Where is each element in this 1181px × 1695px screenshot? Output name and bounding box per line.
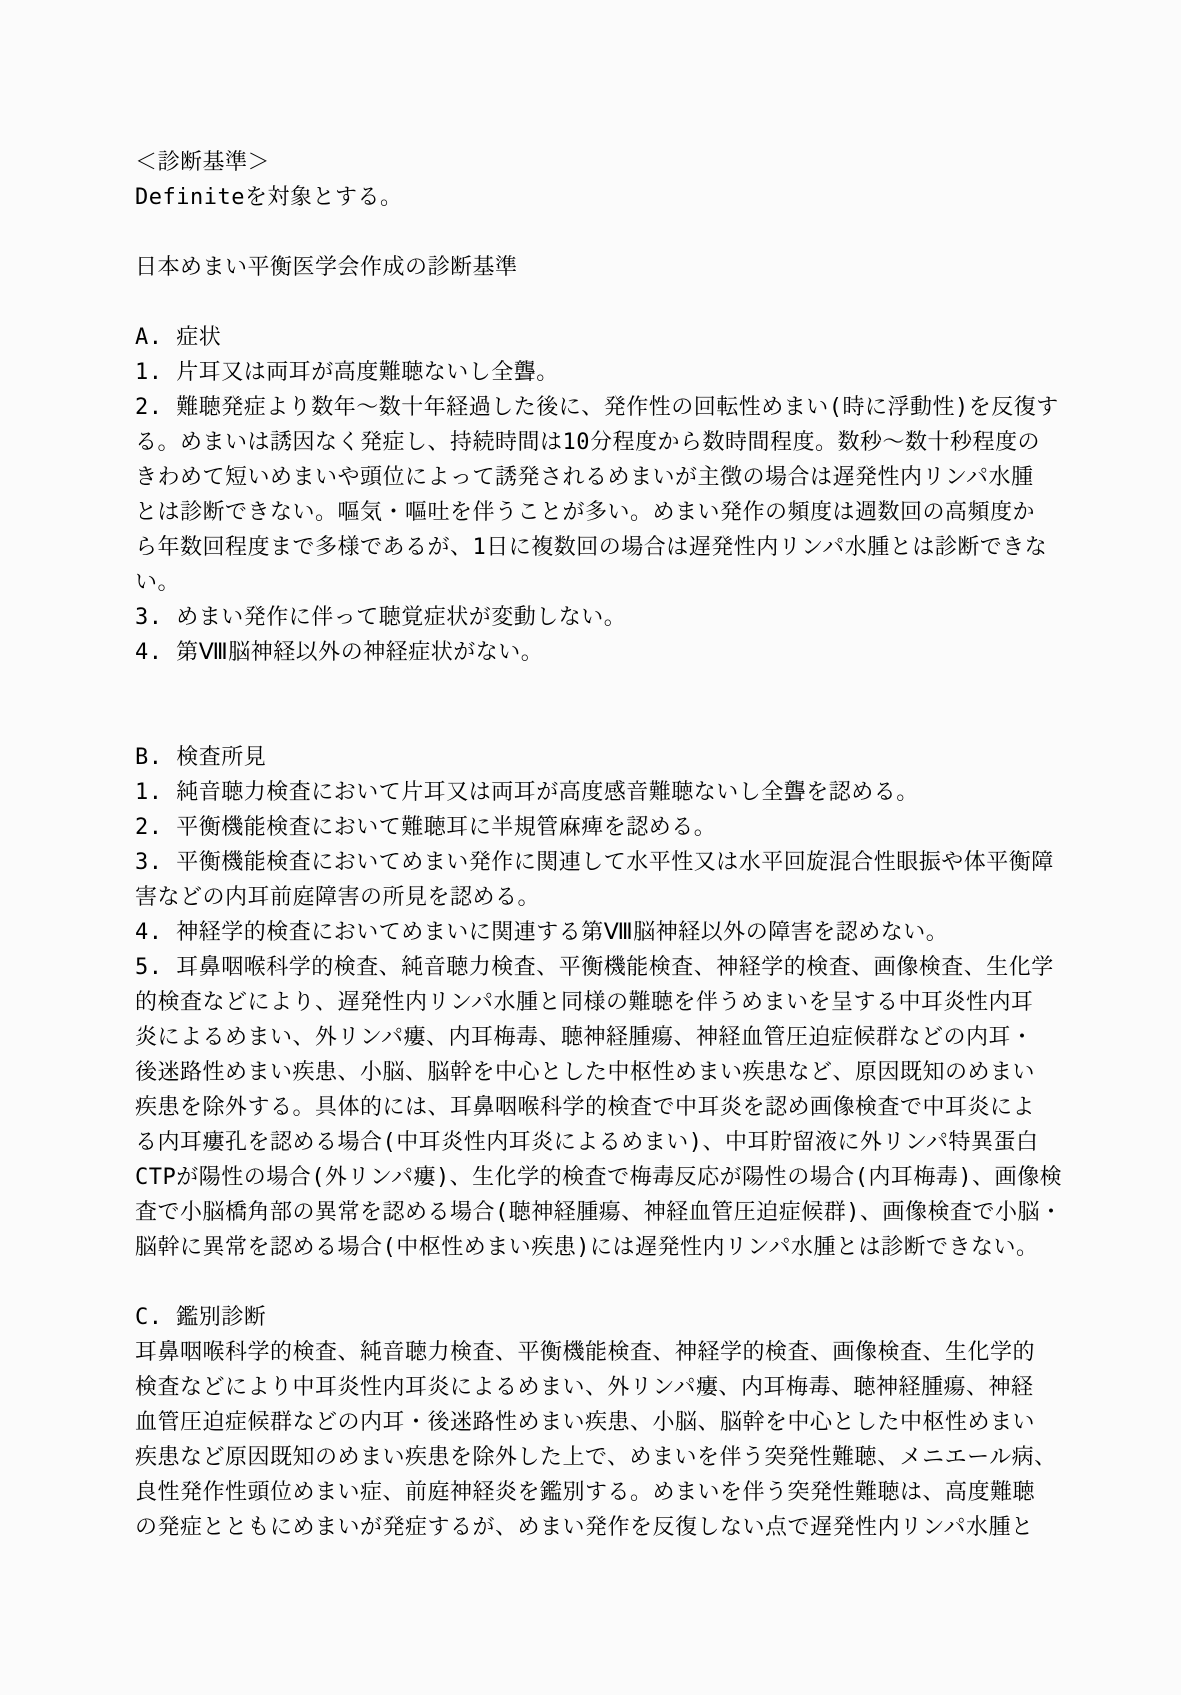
text-line: の発症とともにめまいが発症するが、めまい発作を反復しない点で遅発性内リンパ水腫と bbox=[135, 1510, 1061, 1545]
text-line: る。めまいは誘因なく発症し、持続時間は10分程度から数時間程度。数秒〜数十秒程度… bbox=[135, 425, 1061, 460]
text-line: る内耳瘻孔を認める場合(中耳炎性内耳炎によるめまい)、中耳貯留液に外リンパ特異蛋… bbox=[135, 1125, 1061, 1160]
document-subtitle: Definiteを対象とする。 bbox=[135, 180, 1061, 215]
text-line: 3. 平衡機能検査においてめまい発作に関連して水平性又は水平回旋混合性眼振や体平… bbox=[135, 845, 1061, 880]
text-line: 検査などにより中耳炎性内耳炎によるめまい、外リンパ瘻、内耳梅毒、聴神経腫瘍、神経 bbox=[135, 1370, 1061, 1405]
text-line: CTPが陽性の場合(外リンパ瘻)、生化学的検査で梅毒反応が陽性の場合(内耳梅毒)… bbox=[135, 1160, 1061, 1195]
section-b-body: 1. 純音聴力検査において片耳又は両耳が高度感音難聴ないし全聾を認める。2. 平… bbox=[135, 775, 1061, 1265]
text-line: とは診断できない。嘔気・嘔吐を伴うことが多い。めまい発作の頻度は週数回の高頻度か bbox=[135, 495, 1061, 530]
text-line: 5. 耳鼻咽喉科学的検査、純音聴力検査、平衡機能検査、神経学的検査、画像検査、生… bbox=[135, 950, 1061, 985]
section-a-symptoms: A. 症状 1. 片耳又は両耳が高度難聴ないし全聾。2. 難聴発症より数年〜数十… bbox=[135, 320, 1061, 670]
document-title: ＜診断基準＞ bbox=[135, 145, 1061, 180]
text-line: 2. 難聴発症より数年〜数十年経過した後に、発作性の回転性めまい(時に浮動性)を… bbox=[135, 390, 1061, 425]
text-line: 良性発作性頭位めまい症、前庭神経炎を鑑別する。めまいを伴う突発性難聴は、高度難聴 bbox=[135, 1475, 1061, 1510]
text-line: 疾患を除外する。具体的には、耳鼻咽喉科学的検査で中耳炎を認め画像検査で中耳炎によ bbox=[135, 1090, 1061, 1125]
text-line: 4. 第Ⅷ脳神経以外の神経症状がない。 bbox=[135, 635, 1061, 670]
text-line: 脳幹に異常を認める場合(中枢性めまい疾患)には遅発性内リンパ水腫とは診断できない… bbox=[135, 1230, 1061, 1265]
text-line: きわめて短いめまいや頭位によって誘発されるめまいが主徴の場合は遅発性内リンパ水腫 bbox=[135, 460, 1061, 495]
source-line: 日本めまい平衡医学会作成の診断基準 bbox=[135, 250, 1061, 285]
text-line: 炎によるめまい、外リンパ瘻、内耳梅毒、聴神経腫瘍、神経血管圧迫症候群などの内耳・ bbox=[135, 1020, 1061, 1055]
text-line: 後迷路性めまい疾患、小脳、脳幹を中心とした中枢性めまい疾患など、原因既知のめまい bbox=[135, 1055, 1061, 1090]
section-a-heading: A. 症状 bbox=[135, 320, 1061, 355]
text-line: 的検査などにより、遅発性内リンパ水腫と同様の難聴を伴うめまいを呈する中耳炎性内耳 bbox=[135, 985, 1061, 1020]
text-line: い。 bbox=[135, 565, 1061, 600]
text-line: 4. 神経学的検査においてめまいに関連する第Ⅷ脳神経以外の障害を認めない。 bbox=[135, 915, 1061, 950]
text-line: 1. 片耳又は両耳が高度難聴ないし全聾。 bbox=[135, 355, 1061, 390]
text-line: 耳鼻咽喉科学的検査、純音聴力検査、平衡機能検査、神経学的検査、画像検査、生化学的 bbox=[135, 1335, 1061, 1370]
text-line: 疾患など原因既知のめまい疾患を除外した上で、めまいを伴う突発性難聴、メニエール病… bbox=[135, 1440, 1061, 1475]
section-b-heading: B. 検査所見 bbox=[135, 740, 1061, 775]
section-c-differential-diagnosis: C. 鑑別診断 耳鼻咽喉科学的検査、純音聴力検査、平衡機能検査、神経学的検査、画… bbox=[135, 1300, 1061, 1545]
document-page: ＜診断基準＞ Definiteを対象とする。 日本めまい平衡医学会作成の診断基準… bbox=[0, 0, 1181, 1695]
text-line: 1. 純音聴力検査において片耳又は両耳が高度感音難聴ないし全聾を認める。 bbox=[135, 775, 1061, 810]
text-line: ら年数回程度まで多様であるが、1日に複数回の場合は遅発性内リンパ水腫とは診断でき… bbox=[135, 530, 1061, 565]
text-line: 血管圧迫症候群などの内耳・後迷路性めまい疾患、小脳、脳幹を中心とした中枢性めまい bbox=[135, 1405, 1061, 1440]
section-b-findings: B. 検査所見 1. 純音聴力検査において片耳又は両耳が高度感音難聴ないし全聾を… bbox=[135, 740, 1061, 1265]
text-line: 3. めまい発作に伴って聴覚症状が変動しない。 bbox=[135, 600, 1061, 635]
text-line: 2. 平衡機能検査において難聴耳に半規管麻痺を認める。 bbox=[135, 810, 1061, 845]
text-line: 査で小脳橋角部の異常を認める場合(聴神経腫瘍、神経血管圧迫症候群)、画像検査で小… bbox=[135, 1195, 1061, 1230]
section-c-heading: C. 鑑別診断 bbox=[135, 1300, 1061, 1335]
section-c-body: 耳鼻咽喉科学的検査、純音聴力検査、平衡機能検査、神経学的検査、画像検査、生化学的… bbox=[135, 1335, 1061, 1545]
section-a-body: 1. 片耳又は両耳が高度難聴ないし全聾。2. 難聴発症より数年〜数十年経過した後… bbox=[135, 355, 1061, 670]
text-line: 害などの内耳前庭障害の所見を認める。 bbox=[135, 880, 1061, 915]
